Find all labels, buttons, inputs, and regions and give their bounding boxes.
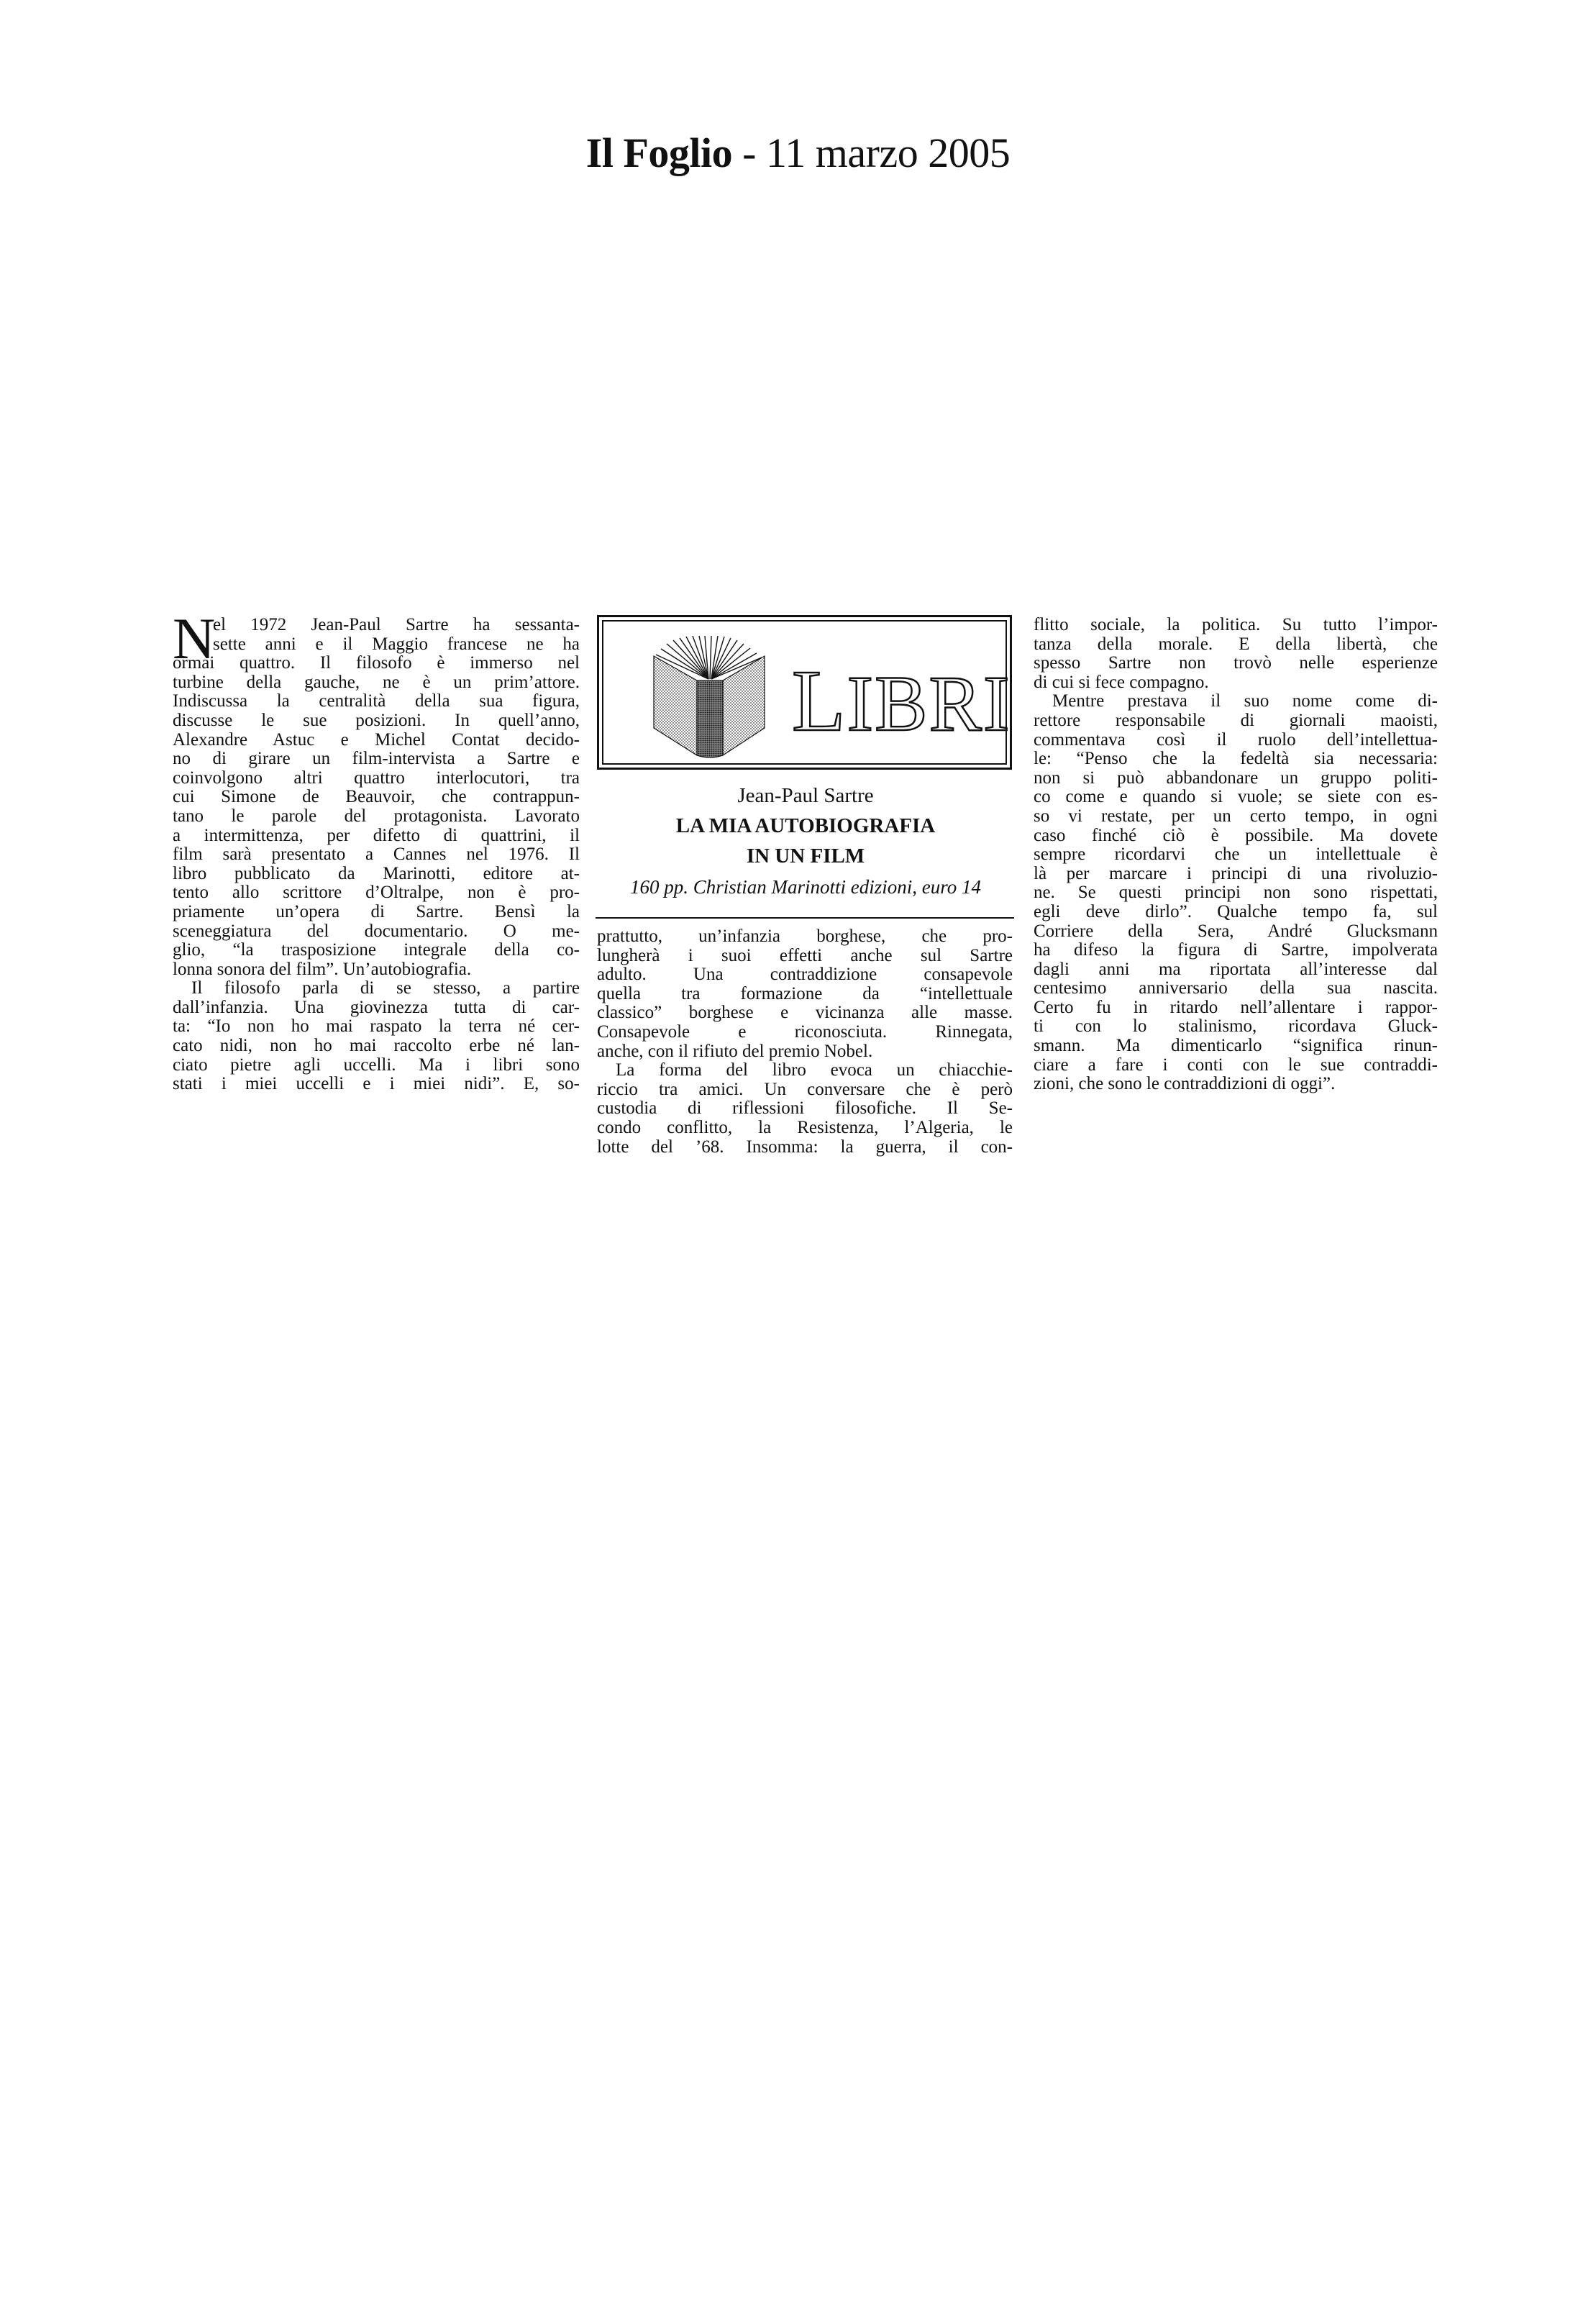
book-details: Jean-Paul Sartre LA MIA AUTOBIOGRAFIA IN… (597, 780, 1014, 903)
text-line: là per marcare i principi di una rivoluz… (1034, 865, 1438, 884)
text-line: so vi restate, per un certo tempo, in og… (1034, 807, 1438, 827)
text-line: cato nidi, non ho mai raccolto erbe né l… (173, 1037, 580, 1056)
book-title-line-1: LA MIA AUTOBIOGRAFIA (597, 811, 1014, 841)
text-line: priamente un’opera di Sartre. Bensì la (173, 903, 580, 922)
text-line: Il filosofo parla di se stesso, a partir… (173, 979, 580, 998)
text-line: ti con lo stalinismo, ricordava Gluck- (1034, 1017, 1438, 1037)
text-line: Alexandre Astuc e Michel Contat decido- (173, 731, 580, 750)
text-line: smann. Ma dimenticarlo “significa rinun- (1034, 1037, 1438, 1056)
open-book-icon (652, 636, 767, 758)
text-line: tano le parole del protagonista. Lavorat… (173, 807, 580, 827)
newspaper-name: Il Foglio (586, 129, 732, 176)
book-title-line-2: IN UN FILM (597, 841, 1014, 871)
text-line: rettore responsabile di giornali maoisti… (1034, 711, 1438, 731)
text-line: stati i miei uccelli e i miei nidi”. E, … (173, 1075, 580, 1094)
text-line: commentava così il ruolo dell’intellettu… (1034, 731, 1438, 750)
text-line: no di girare un film-intervista a Sartre… (173, 750, 580, 769)
text-line: flitto sociale, la politica. Su tutto l’… (1034, 616, 1438, 635)
text-line: tento allo scrittore d’Oltralpe, non è p… (173, 883, 580, 903)
text-line: coinvolgono altri quattro interlocutori,… (173, 769, 580, 788)
text-line: anche, con il rifiuto del premio Nobel. (597, 1042, 1013, 1062)
text-line: el 1972 Jean-Paul Sartre ha sessanta- (173, 616, 580, 635)
publication-date: 11 marzo 2005 (766, 129, 1010, 176)
text-line: sette anni e il Maggio francese ne ha (173, 635, 580, 655)
text-line: le: “Penso che la fedeltà sia necessaria… (1034, 750, 1438, 769)
text-line: Corriere della Sera, André Glucksmann (1034, 922, 1438, 942)
text-line: ha difeso la figura di Sartre, impolvera… (1034, 941, 1438, 960)
text-line: di cui si fece compagno. (1034, 673, 1438, 693)
libri-section-logo: LIBRI (597, 615, 1012, 770)
text-line: custodia di riflessioni filosofiche. Il … (597, 1099, 1013, 1119)
text-line: ta: “Io non ho mai raspato la terra né c… (173, 1017, 580, 1037)
text-line: turbine della gauche, ne è un prim’attor… (173, 673, 580, 693)
text-line: tanza della morale. E della libertà, che (1034, 635, 1438, 655)
text-line: cui Simone de Beauvoir, che contrappun- (173, 788, 580, 807)
text-line: sempre ricordarvi che un intellettuale è (1034, 845, 1438, 865)
text-line: centesimo anniversario della sua nascita… (1034, 979, 1438, 998)
text-line: quella tra formazione da “intellettuale (597, 985, 1013, 1004)
text-line: egli deve dirlo”. Qualche tempo fa, sul (1034, 903, 1438, 922)
text-line: film sarà presentato a Cannes nel 1976. … (173, 845, 580, 865)
text-line: classico” borghese e vicinanza alle mass… (597, 1003, 1013, 1023)
drop-cap: N (173, 617, 215, 657)
text-line: lungherà i suoi effetti anche sul Sartre (597, 947, 1013, 966)
text-line: Consapevole e riconosciuta. Rinnegata, (597, 1023, 1013, 1042)
text-line: La forma del libro evoca un chiacchie- (597, 1061, 1013, 1080)
text-line: prattutto, un’infanzia borghese, che pro… (597, 927, 1013, 947)
libri-wordmark: LIBRI (792, 662, 1011, 743)
text-line: Indiscussa la centralità della sua figur… (173, 692, 580, 711)
article-column-right: flitto sociale, la politica. Su tutto l’… (1034, 616, 1438, 1094)
text-line: caso finché ciò è possibile. Ma dovete (1034, 827, 1438, 846)
text-line: spesso Sartre non trovò nelle esperienze (1034, 654, 1438, 673)
text-line: dall’infanzia. Una giovinezza tutta di c… (173, 998, 580, 1018)
text-line: discusse le sue posizioni. In quell’anno… (173, 711, 580, 731)
text-line: ciato pietre agli uccelli. Ma i libri so… (173, 1056, 580, 1075)
book-publication-info: 160 pp. Christian Marinotti edizioni, eu… (597, 871, 1014, 903)
masthead-separator: - (732, 129, 766, 176)
text-line: dagli anni ma riportata all’interesse da… (1034, 960, 1438, 980)
text-line: lotte del ’68. Insomma: la guerra, il co… (597, 1138, 1013, 1157)
text-line: non si può abbandonare un gruppo politi- (1034, 769, 1438, 788)
text-line: lonna sonora del film”. Un’autobiografia… (173, 960, 580, 980)
masthead: Il Foglio - 11 marzo 2005 (0, 128, 1596, 178)
text-line: Mentre prestava il suo nome come di- (1034, 692, 1438, 711)
text-line: condo conflitto, la Resistenza, l’Algeri… (597, 1119, 1013, 1138)
text-line: libro pubblicato da Marinotti, editore a… (173, 865, 580, 884)
text-line: ormai quattro. Il filosofo è immerso nel (173, 654, 580, 673)
text-line: co come e quando si vuole; se siete con … (1034, 788, 1438, 807)
text-line: Certo fu in ritardo nell’allentare i rap… (1034, 998, 1438, 1018)
text-line: adulto. Una contraddizione consapevole (597, 965, 1013, 985)
text-line: riccio tra amici. Un conversare che è pe… (597, 1080, 1013, 1100)
text-line: a intermittenza, per difetto di quattrin… (173, 827, 580, 846)
text-line: glio, “la trasposizione integrale della … (173, 941, 580, 960)
book-author: Jean-Paul Sartre (597, 780, 1014, 811)
caption-divider (596, 917, 1014, 919)
article-column-left: N el 1972 Jean-Paul Sartre ha sessanta- … (173, 616, 580, 1094)
logo-inner-frame: LIBRI (602, 620, 1007, 765)
text-line: ciare a fare i conti con le sue contradd… (1034, 1056, 1438, 1075)
text-line: sceneggiatura del documentario. O me- (173, 922, 580, 942)
text-line: zioni, che sono le contraddizioni di ogg… (1034, 1075, 1438, 1094)
text-line: ne. Se questi principi non sono rispetta… (1034, 883, 1438, 903)
article-column-middle: prattutto, un’infanzia borghese, che pro… (597, 927, 1013, 1157)
